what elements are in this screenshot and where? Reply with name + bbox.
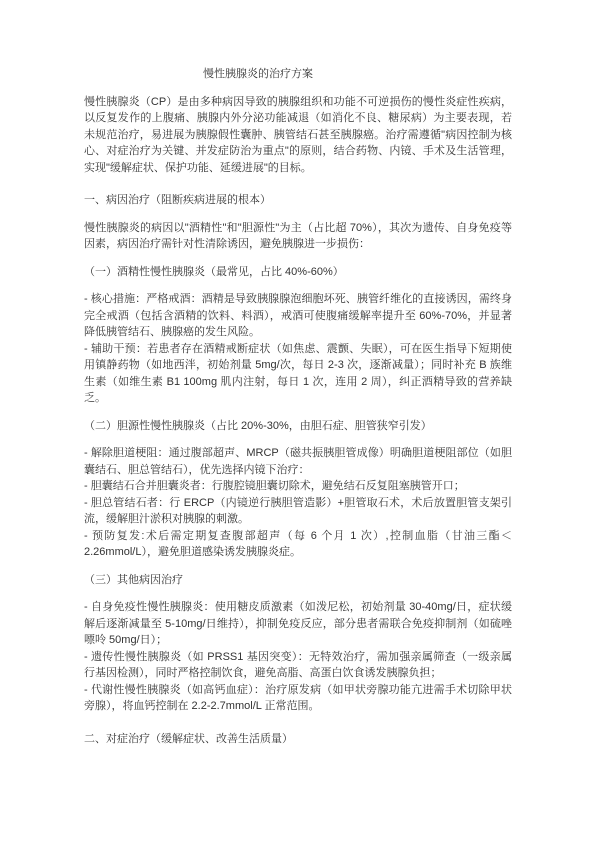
bullet-item: - 遗传性慢性胰腺炎（如 PRSS1 基因突变）：无特效治疗，需加强亲属筛查（一…	[84, 649, 512, 682]
subsection-1-1-bullet-list: - 核心措施：严格戒酒：酒精是导致胰腺腺泡细胞坏死、胰管纤维化的直接诱因，需终身…	[84, 291, 512, 407]
subsection-1-1-heading: （一）酒精性慢性胰腺炎（最常见，占比 40%-60%）	[84, 264, 512, 281]
bullet-item: - 解除胆道梗阻：通过腹部超声、MRCP（磁共振胰胆管成像）明确胆道梗阻部位（如…	[84, 445, 512, 478]
section-1-lead-paragraph: 慢性胰腺炎的病因以"酒精性"和"胆源性"为主（占比超 70%），其次为遗传、自身…	[84, 220, 512, 253]
bullet-item: - 胆囊结石合并胆囊炎者：行腹腔镜胆囊切除术，避免结石反复阻塞胰管开口；	[84, 478, 512, 495]
subsection-1-2-heading: （二）胆源性慢性胰腺炎（占比 20%-30%，由胆石症、胆管狭窄引发）	[84, 418, 512, 435]
bullet-item: - 代谢性慢性胰腺炎（如高钙血症）：治疗原发病（如甲状旁腺功能亢进需手术切除甲状…	[84, 682, 512, 715]
subsection-1-2-bullet-list: - 解除胆道梗阻：通过腹部超声、MRCP（磁共振胰胆管成像）明确胆道梗阻部位（如…	[84, 445, 512, 561]
subsection-1-3-heading: （三）其他病因治疗	[84, 572, 512, 589]
bullet-item: - 辅助干预：若患者存在酒精戒断症状（如焦虑、震颤、失眠），可在医生指导下短期使…	[84, 341, 512, 407]
document-title: 慢性胰腺炎的治疗方案	[203, 66, 512, 83]
section-2-heading: 二、对症治疗（缓解症状、改善生活质量）	[84, 731, 512, 748]
bullet-item: - 自身免疫性慢性胰腺炎：使用糖皮质激素（如泼尼松，初始剂量 30-40mg/日…	[84, 599, 512, 649]
intro-paragraph: 慢性胰腺炎（CP）是由多种病因导致的胰腺组织和功能不可逆损伤的慢性炎症性疾病，以…	[84, 94, 512, 177]
bullet-item: - 胆总管结石者：行 ERCP（内镜逆行胰胆管造影）+胆管取石术，术后放置胆管支…	[84, 495, 512, 528]
bullet-item: - 核心措施：严格戒酒：酒精是导致胰腺腺泡细胞坏死、胰管纤维化的直接诱因，需终身…	[84, 291, 512, 341]
section-1-heading: 一、病因治疗（阻断疾病进展的根本）	[84, 192, 512, 209]
subsection-1-3-bullet-list: - 自身免疫性慢性胰腺炎：使用糖皮质激素（如泼尼松，初始剂量 30-40mg/日…	[84, 599, 512, 715]
bullet-item: - 预防复发:术后需定期复查腹部超声（每 6 个月 1 次）,控制血脂（甘油三酯…	[84, 528, 512, 561]
document-page: 慢性胰腺炎的治疗方案 慢性胰腺炎（CP）是由多种病因导致的胰腺组织和功能不可逆损…	[0, 0, 595, 841]
